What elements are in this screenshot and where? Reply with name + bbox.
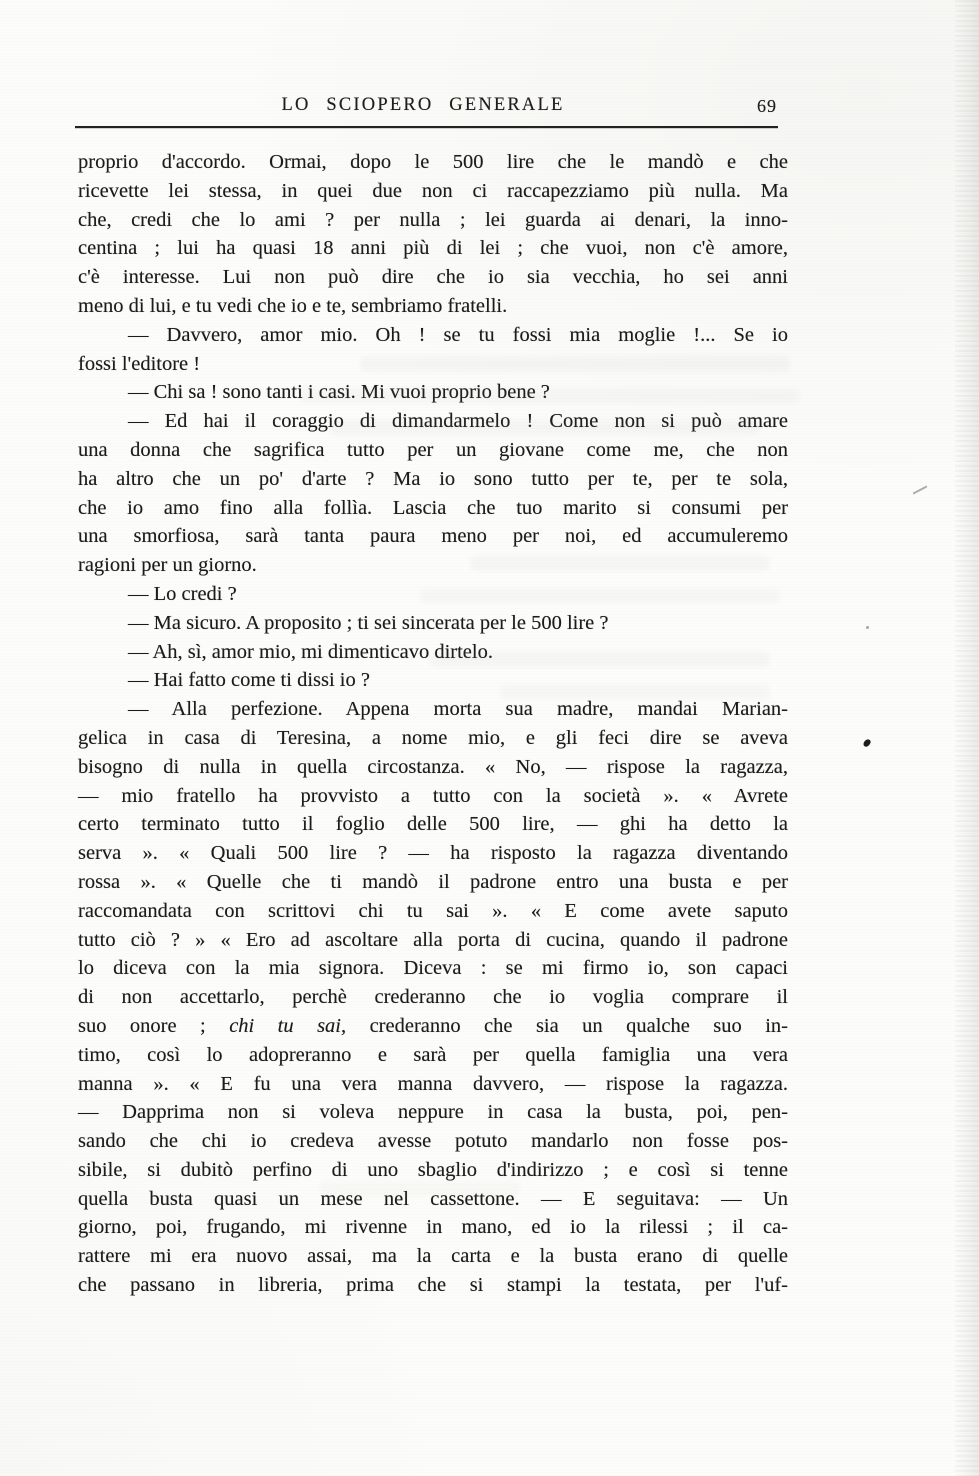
text-line: lo diceva con la mia signora. Diceva : s… — [78, 954, 788, 983]
text-line: — Chi sa ! sono tanti i casi. Mi vuoi pr… — [78, 378, 788, 407]
header-rule — [75, 126, 778, 128]
text-line: — Alla perfezione. Appena morta sua madr… — [78, 695, 788, 724]
text-line: una donna che sagrifica tutto per un gio… — [78, 436, 788, 465]
text-line: rattere mi era nuovo assai, ma la carta … — [78, 1242, 788, 1271]
text-line: bisogno di nulla in quella circostanza. … — [78, 753, 788, 782]
text-line: che passano in libreria, prima che si st… — [78, 1271, 788, 1300]
text-line: che, credi che lo ami ? per nulla ; lei … — [78, 206, 788, 235]
text-line: c'è interesse. Lui non può dire che io s… — [78, 263, 788, 292]
ink-speck — [862, 738, 871, 748]
text-line: serva ». « Quali 500 lire ? — ha rispost… — [78, 839, 788, 868]
text-line: — Ma sicuro. A proposito ; ti sei sincer… — [78, 609, 788, 638]
text-line: quella busta quasi un mese nel cassetton… — [78, 1185, 788, 1214]
text-line: sibile, si dubitò perfino di uno sbaglio… — [78, 1156, 788, 1185]
text-line: meno di lui, e tu vedi che io e te, semb… — [78, 292, 788, 321]
text-line: manna ». « E fu una vera manna davvero, … — [78, 1070, 788, 1099]
text-line: fossi l'editore ! — [78, 350, 788, 379]
text-line: raccomandata con scrittovi chi tu sai ».… — [78, 897, 788, 926]
scan-edge-shadow — [955, 0, 979, 1476]
text-line: sando che chi io credeva avesse potuto m… — [78, 1127, 788, 1156]
text-line: di non accettarlo, perchè crederanno che… — [78, 983, 788, 1012]
italic-text: chi tu sai, — [229, 1015, 346, 1037]
text-line: — mio fratello ha provvisto a tutto con … — [78, 782, 788, 811]
text-line: certo terminato tutto il foglio delle 50… — [78, 810, 788, 839]
text-line: ha altro che un po' d'arte ? Ma io sono … — [78, 465, 788, 494]
text-line: centina ; lui ha quasi 18 anni più di le… — [78, 234, 788, 263]
text-line: — Ah, sì, amor mio, mi dimenticavo dirte… — [78, 638, 788, 667]
text-line: suo onore ; chi tu sai, crederanno che s… — [78, 1012, 788, 1041]
header-title: LO SCIOPERO GENERALE — [282, 95, 565, 116]
text-line: gelica in casa di Teresina, a nome mio, … — [78, 724, 788, 753]
ink-dot — [866, 626, 869, 629]
text-line: — Davvero, amor mio. Oh ! se tu fossi mi… — [78, 321, 788, 350]
text-line: timo, così lo adopreranno e sarà per que… — [78, 1041, 788, 1070]
text-line: — Dapprima non si voleva neppure in casa… — [78, 1098, 788, 1127]
text-line: proprio d'accordo. Ormai, dopo le 500 li… — [78, 148, 788, 177]
text-line: una smorfiosa, sarà tanta paura meno per… — [78, 522, 788, 551]
text-line: giorno, poi, frugando, mi rivenne in man… — [78, 1213, 788, 1242]
page-number: 69 — [757, 96, 777, 117]
running-header: LO SCIOPERO GENERALE 69 — [78, 95, 788, 121]
text-line: — Ed hai il coraggio di dimandarmelo ! C… — [78, 407, 788, 436]
text-line: — Lo credi ? — [78, 580, 788, 609]
scratch-mark — [912, 485, 927, 494]
text-segment: suo onore ; — [78, 1015, 229, 1037]
text-line: tutto ciò ? » « Ero ad ascoltare alla po… — [78, 926, 788, 955]
text-line: che io amo fino alla follìa. Lascia che … — [78, 494, 788, 523]
text-line: rossa ». « Quelle che ti mandò il padron… — [78, 868, 788, 897]
text-line: ragioni per un giorno. — [78, 551, 788, 580]
text-body: proprio d'accordo. Ormai, dopo le 500 li… — [78, 148, 788, 1300]
book-page: LO SCIOPERO GENERALE 69 proprio d'accord… — [0, 0, 979, 1476]
text-line: ricevette lei stessa, in quei due non ci… — [78, 177, 788, 206]
text-line: — Hai fatto come ti dissi io ? — [78, 666, 788, 695]
text-segment: crederanno che sia un qualche suo in- — [346, 1015, 788, 1037]
